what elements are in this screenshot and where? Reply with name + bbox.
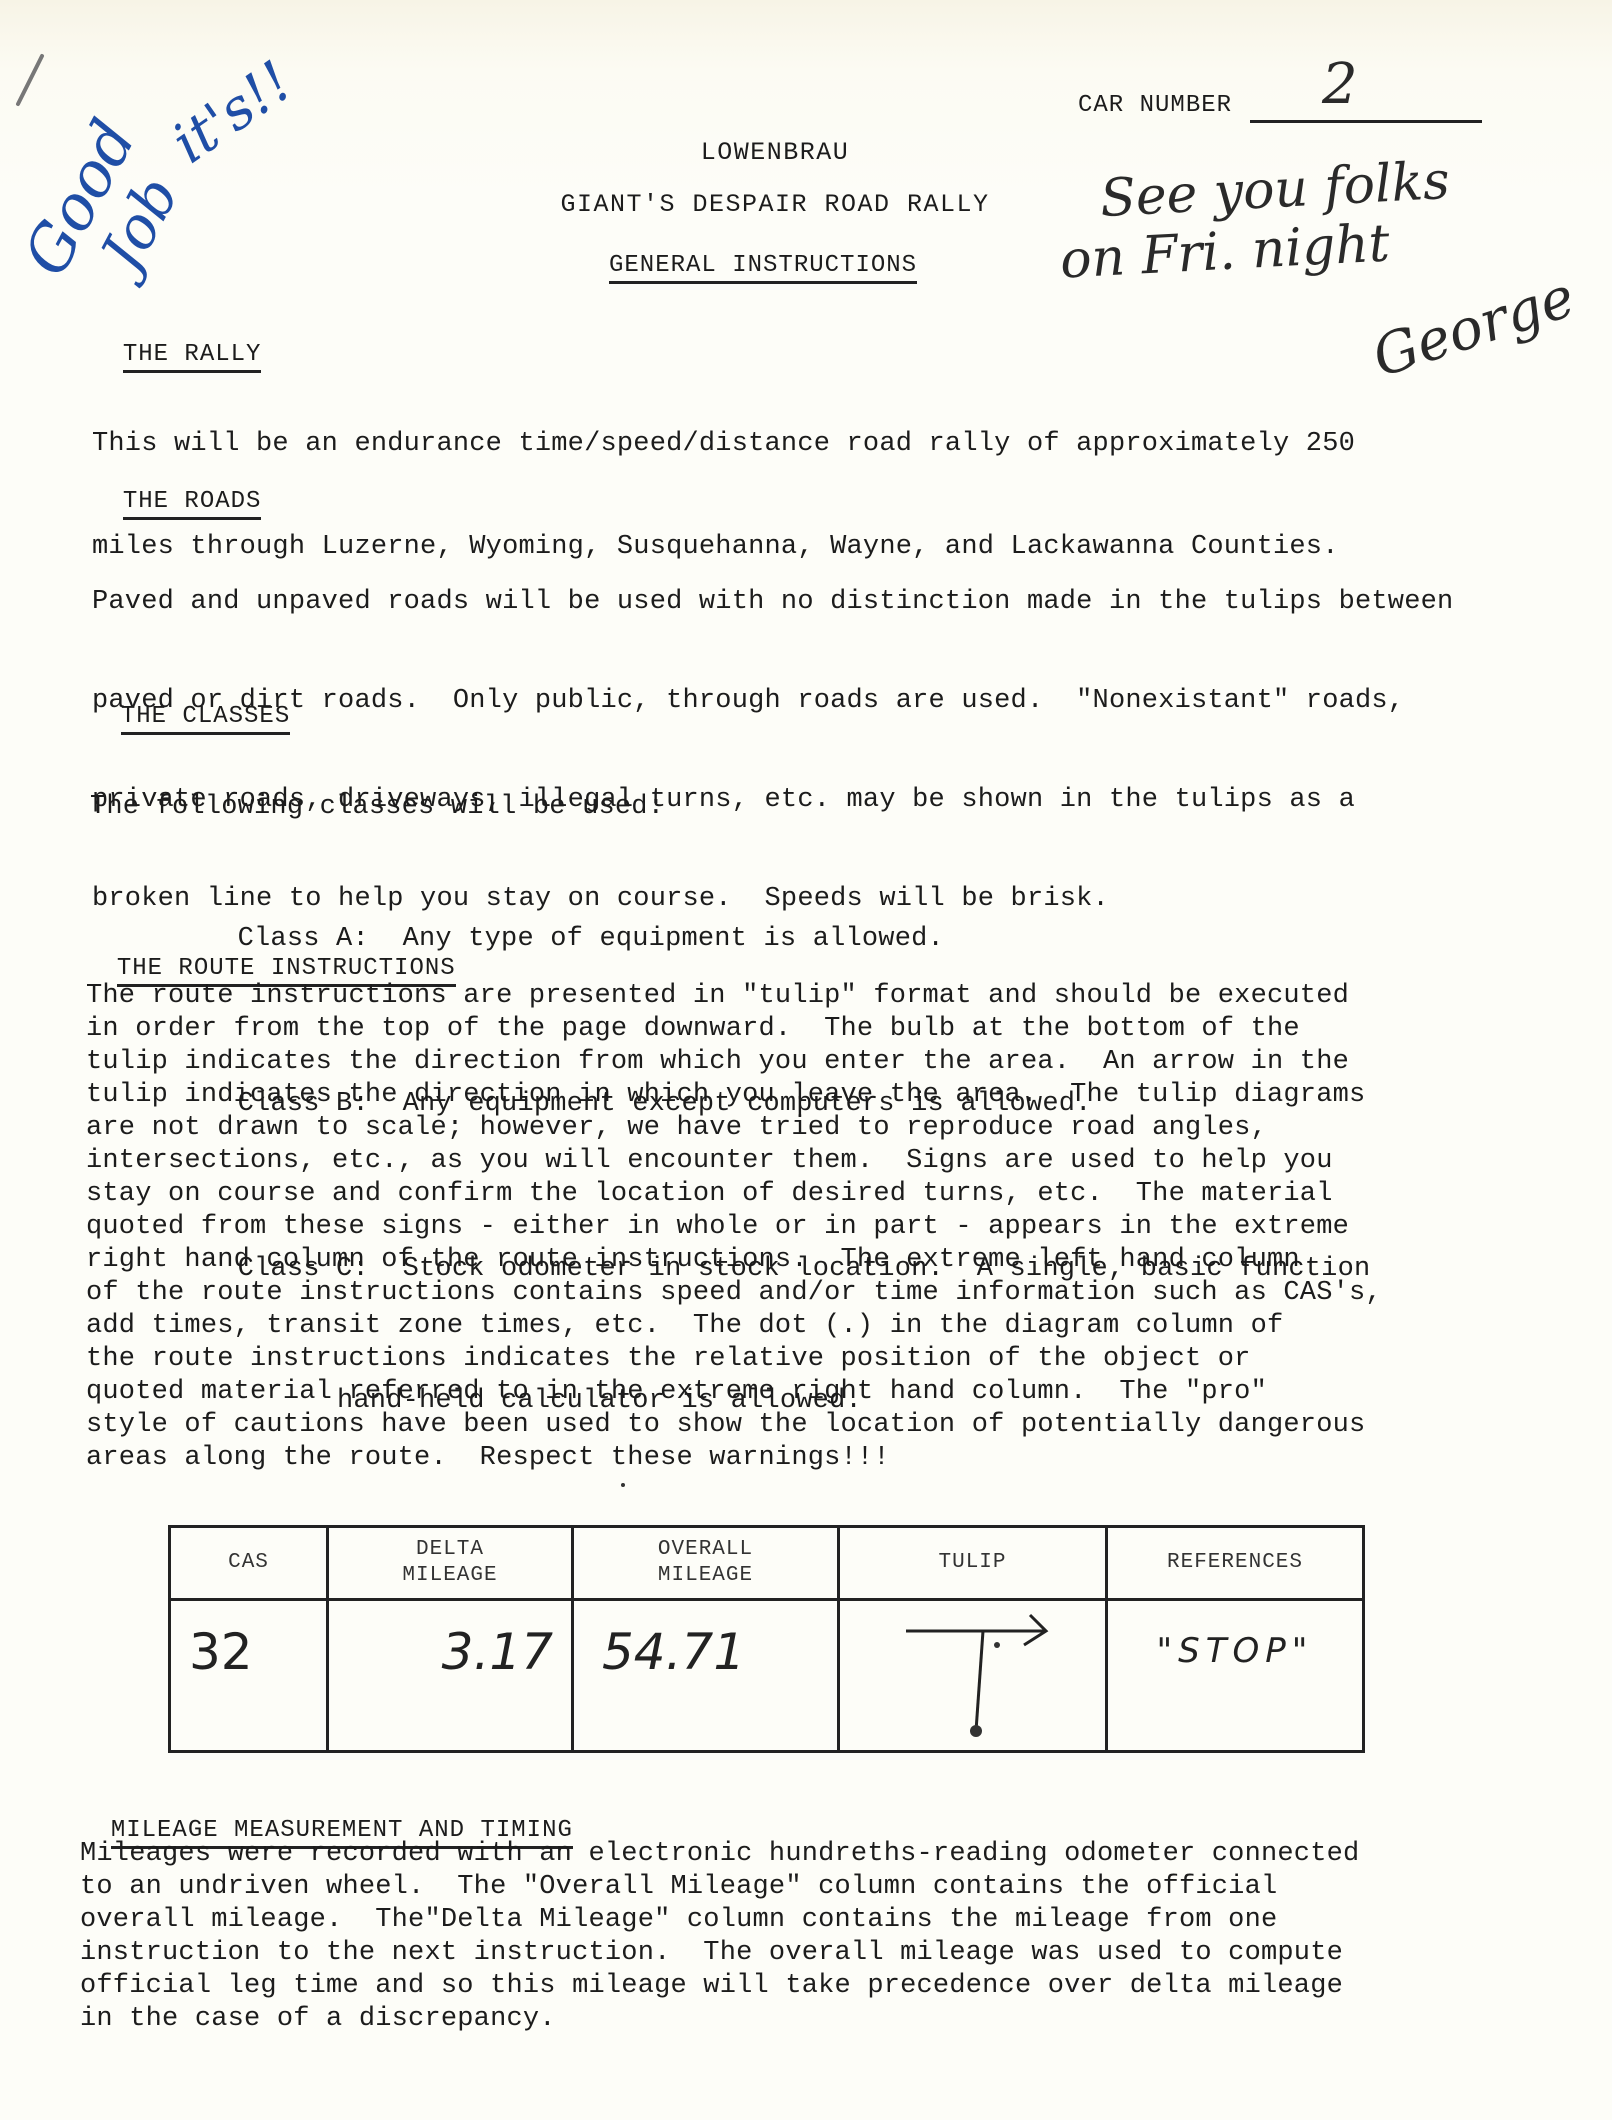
body-line: Mileages were recorded with an electroni… bbox=[80, 1838, 1359, 1871]
body-line: paved or dirt roads. Only public, throug… bbox=[92, 685, 1453, 718]
body-line: are not drawn to scale; however, we have… bbox=[86, 1112, 1382, 1145]
body-line: in order from the top of the page downwa… bbox=[86, 1013, 1382, 1046]
section-route-heading: THE ROUTE INSTRUCTIONS bbox=[86, 928, 456, 982]
table-cell-delta-mileage: 3.17 bbox=[329, 1601, 571, 1751]
body-line: to an undriven wheel. The "Overall Milea… bbox=[80, 1871, 1359, 1904]
title-document-text: GENERAL INSTRUCTIONS bbox=[609, 252, 917, 284]
body-line: in the case of a discrepancy. bbox=[80, 2003, 1359, 2036]
route-instruction-example-table: CAS DELTA MILEAGE OVERALL MILEAGE TULIP … bbox=[168, 1525, 1365, 1753]
title-sponsor: LOWENBRAU bbox=[475, 138, 1075, 167]
section-roads-heading-text: THE ROADS bbox=[123, 488, 262, 520]
table-header-overall-mileage: OVERALL MILEAGE bbox=[574, 1528, 837, 1598]
title-event: GIANT'S DESPAIR ROAD RALLY bbox=[475, 190, 1075, 219]
tulip-t-intersection-icon bbox=[840, 1601, 1105, 1751]
handwritten-note-left: Good Job it's!! bbox=[40, 60, 370, 300]
section-classes-heading: THE CLASSES bbox=[90, 676, 290, 730]
handwritten-note-right: See you folks on Fri. night George bbox=[1080, 160, 1090, 236]
table-header-references: REFERENCES bbox=[1108, 1528, 1362, 1598]
section-route-body: The route instructions are presented in … bbox=[86, 980, 1382, 1475]
body-line: areas along the route. Respect these war… bbox=[86, 1442, 1382, 1475]
body-line: stay on course and confirm the location … bbox=[86, 1178, 1382, 1211]
body-line: tulip indicates the direction from which… bbox=[86, 1046, 1382, 1079]
body-line: right hand column of the route instructi… bbox=[86, 1244, 1382, 1277]
body-line: tulip indicates the direction in which y… bbox=[86, 1079, 1382, 1112]
section-roads-heading: THE ROADS bbox=[92, 461, 261, 515]
body-line: instruction to the next instruction. The… bbox=[80, 1937, 1359, 1970]
table-header-tulip: TULIP bbox=[840, 1528, 1105, 1598]
car-number-value: 2 bbox=[1322, 52, 1358, 117]
stray-dot bbox=[621, 1483, 625, 1487]
body-line: intersections, etc., as you will encount… bbox=[86, 1145, 1382, 1178]
table-cell-cas: 32 bbox=[171, 1601, 326, 1751]
body-line: quoted from these signs - either in whol… bbox=[86, 1211, 1382, 1244]
car-number-label: CAR NUMBER bbox=[1078, 92, 1232, 119]
body-line: overall mileage. The"Delta Mileage" colu… bbox=[80, 1904, 1359, 1937]
body-line: official leg time and so this mileage wi… bbox=[80, 1970, 1359, 2003]
body-line: Paved and unpaved roads will be used wit… bbox=[92, 586, 1453, 619]
body-line: quoted material referred to in the extre… bbox=[86, 1376, 1382, 1409]
body-line: of the route instructions contains speed… bbox=[86, 1277, 1382, 1310]
note-left-word3: it's!! bbox=[161, 49, 304, 177]
body-line: style of cautions have been used to show… bbox=[86, 1409, 1382, 1442]
class-text: Any type of equipment is allowed. bbox=[403, 924, 944, 954]
table-header-cas: CAS bbox=[171, 1528, 326, 1598]
car-number-field bbox=[1250, 120, 1482, 123]
section-mileage-heading: MILEAGE MEASUREMENT AND TIMING bbox=[80, 1790, 573, 1844]
table-cell-references: "STOP" bbox=[1108, 1601, 1362, 1751]
table-header-delta-mileage: DELTA MILEAGE bbox=[329, 1528, 571, 1598]
body-line: add times, transit zone times, etc. The … bbox=[86, 1310, 1382, 1343]
classes-intro: The following classes will be used: bbox=[90, 791, 1370, 824]
body-line: the route instructions indicates the rel… bbox=[86, 1343, 1382, 1376]
section-mileage-body: Mileages were recorded with an electroni… bbox=[80, 1838, 1359, 2036]
table-cell-overall-mileage: 54.71 bbox=[574, 1601, 837, 1751]
section-rally-heading: THE RALLY bbox=[92, 314, 261, 368]
body-line: This will be an endurance time/speed/dis… bbox=[92, 428, 1355, 461]
title-document: GENERAL INSTRUCTIONS bbox=[609, 252, 917, 279]
table-cell-tulip bbox=[840, 1601, 1105, 1751]
body-line: The route instructions are presented in … bbox=[86, 980, 1382, 1013]
